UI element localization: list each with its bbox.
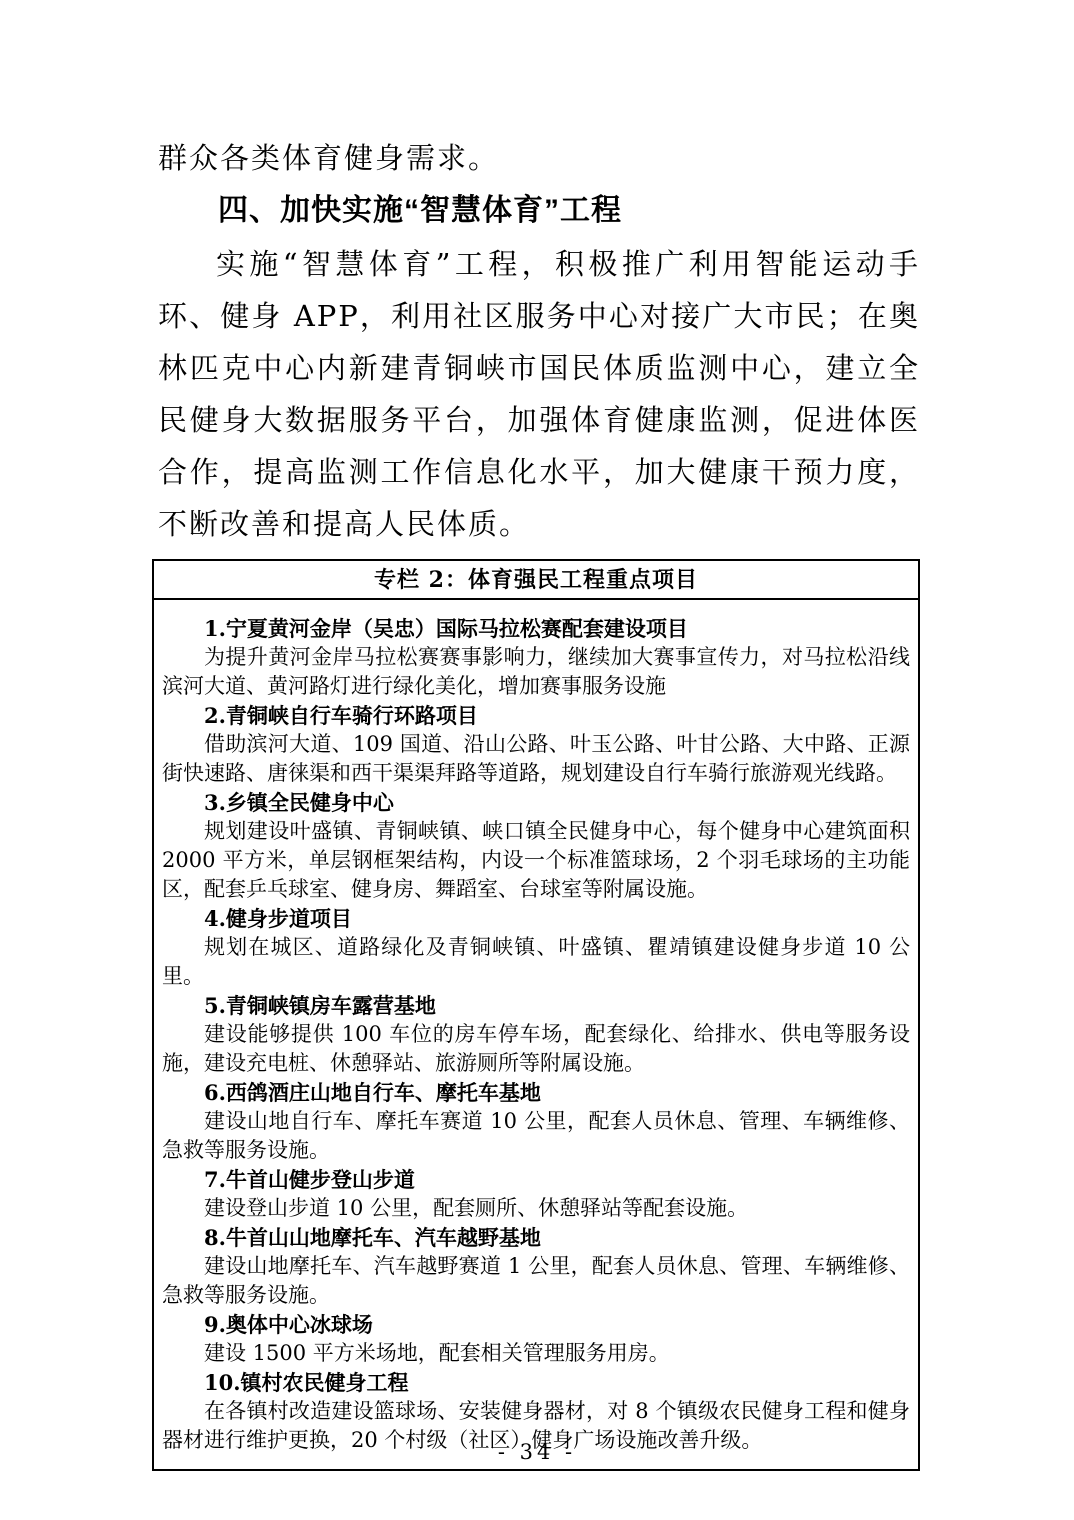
- project-item-title: 6.西鸽酒庄山地自行车、摩托车基地: [162, 1078, 910, 1107]
- project-item-7: 7.牛首山健步登山步道 建设登山步道 10 公里，配套厕所、休憩驿站等配套设施。: [162, 1165, 910, 1223]
- project-item-title: 3.乡镇全民健身中心: [162, 788, 910, 817]
- project-item-2: 2.青铜峡自行车骑行环路项目 借助滨河大道、109 国道、沿山公路、叶玉公路、叶…: [162, 701, 910, 788]
- project-item-4: 4.健身步道项目 规划在城区、道路绿化及青铜峡镇、叶盛镇、瞿靖镇建设健身步道 1…: [162, 904, 910, 991]
- project-item-desc: 建设山地摩托车、汽车越野赛道 1 公里，配套人员休息、管理、车辆维修、急救等服务…: [162, 1252, 910, 1310]
- document-page: 群众各类体育健身需求。 四、加快实施“智慧体育”工程 实施“智慧体育”工程，积极…: [0, 0, 1074, 1520]
- section-heading: 四、加快实施“智慧体育”工程: [158, 184, 920, 238]
- project-item-desc: 建设能够提供 100 车位的房车停车场，配套绿化、给排水、供电等服务设施，建设充…: [162, 1020, 910, 1078]
- project-item-desc: 为提升黄河金岸马拉松赛赛事影响力，继续加大赛事宣传力，对马拉松沿线滨河大道、黄河…: [162, 643, 910, 701]
- project-item-title: 1.宁夏黄河金岸（吴忠）国际马拉松赛配套建设项目: [162, 614, 910, 643]
- project-item-9: 9.奥体中心冰球场 建设 1500 平方米场地，配套相关管理服务用房。: [162, 1310, 910, 1368]
- project-item-6: 6.西鸽酒庄山地自行车、摩托车基地 建设山地自行车、摩托车赛道 10 公里，配套…: [162, 1078, 910, 1165]
- project-item-desc: 建设 1500 平方米场地，配套相关管理服务用房。: [162, 1339, 910, 1368]
- project-item-title: 5.青铜峡镇房车露营基地: [162, 991, 910, 1020]
- project-item-title: 9.奥体中心冰球场: [162, 1310, 910, 1339]
- project-item-desc: 借助滨河大道、109 国道、沿山公路、叶玉公路、叶甘公路、大中路、正源街快速路、…: [162, 730, 910, 788]
- project-item-title: 10.镇村农民健身工程: [162, 1368, 910, 1397]
- continuation-text: 群众各类体育健身需求。: [158, 132, 920, 184]
- project-item-5: 5.青铜峡镇房车露营基地 建设能够提供 100 车位的房车停车场，配套绿化、给排…: [162, 991, 910, 1078]
- project-panel: 专栏 2：体育强民工程重点项目 1.宁夏黄河金岸（吴忠）国际马拉松赛配套建设项目…: [152, 559, 920, 1471]
- project-item-title: 8.牛首山山地摩托车、汽车越野基地: [162, 1223, 910, 1252]
- page-content: 群众各类体育健身需求。 四、加快实施“智慧体育”工程 实施“智慧体育”工程，积极…: [158, 132, 920, 1471]
- panel-title: 专栏 2：体育强民工程重点项目: [154, 561, 918, 600]
- project-item-title: 4.健身步道项目: [162, 904, 910, 933]
- project-item-desc: 规划建设叶盛镇、青铜峡镇、峡口镇全民健身中心，每个健身中心建筑面积 2000 平…: [162, 817, 910, 904]
- body-paragraph: 实施“智慧体育”工程，积极推广利用智能运动手环、健身 APP，利用社区服务中心对…: [158, 238, 920, 550]
- project-item-desc: 建设山地自行车、摩托车赛道 10 公里，配套人员休息、管理、车辆维修、急救等服务…: [162, 1107, 910, 1165]
- project-item-1: 1.宁夏黄河金岸（吴忠）国际马拉松赛配套建设项目 为提升黄河金岸马拉松赛赛事影响…: [162, 614, 910, 701]
- page-number: - 34 -: [0, 1440, 1074, 1464]
- project-item-8: 8.牛首山山地摩托车、汽车越野基地 建设山地摩托车、汽车越野赛道 1 公里，配套…: [162, 1223, 910, 1310]
- project-item-desc: 规划在城区、道路绿化及青铜峡镇、叶盛镇、瞿靖镇建设健身步道 10 公里。: [162, 933, 910, 991]
- panel-body: 1.宁夏黄河金岸（吴忠）国际马拉松赛配套建设项目 为提升黄河金岸马拉松赛赛事影响…: [154, 600, 918, 1469]
- project-item-title: 7.牛首山健步登山步道: [162, 1165, 910, 1194]
- project-item-title: 2.青铜峡自行车骑行环路项目: [162, 701, 910, 730]
- project-item-3: 3.乡镇全民健身中心 规划建设叶盛镇、青铜峡镇、峡口镇全民健身中心，每个健身中心…: [162, 788, 910, 904]
- project-item-desc: 建设登山步道 10 公里，配套厕所、休憩驿站等配套设施。: [162, 1194, 910, 1223]
